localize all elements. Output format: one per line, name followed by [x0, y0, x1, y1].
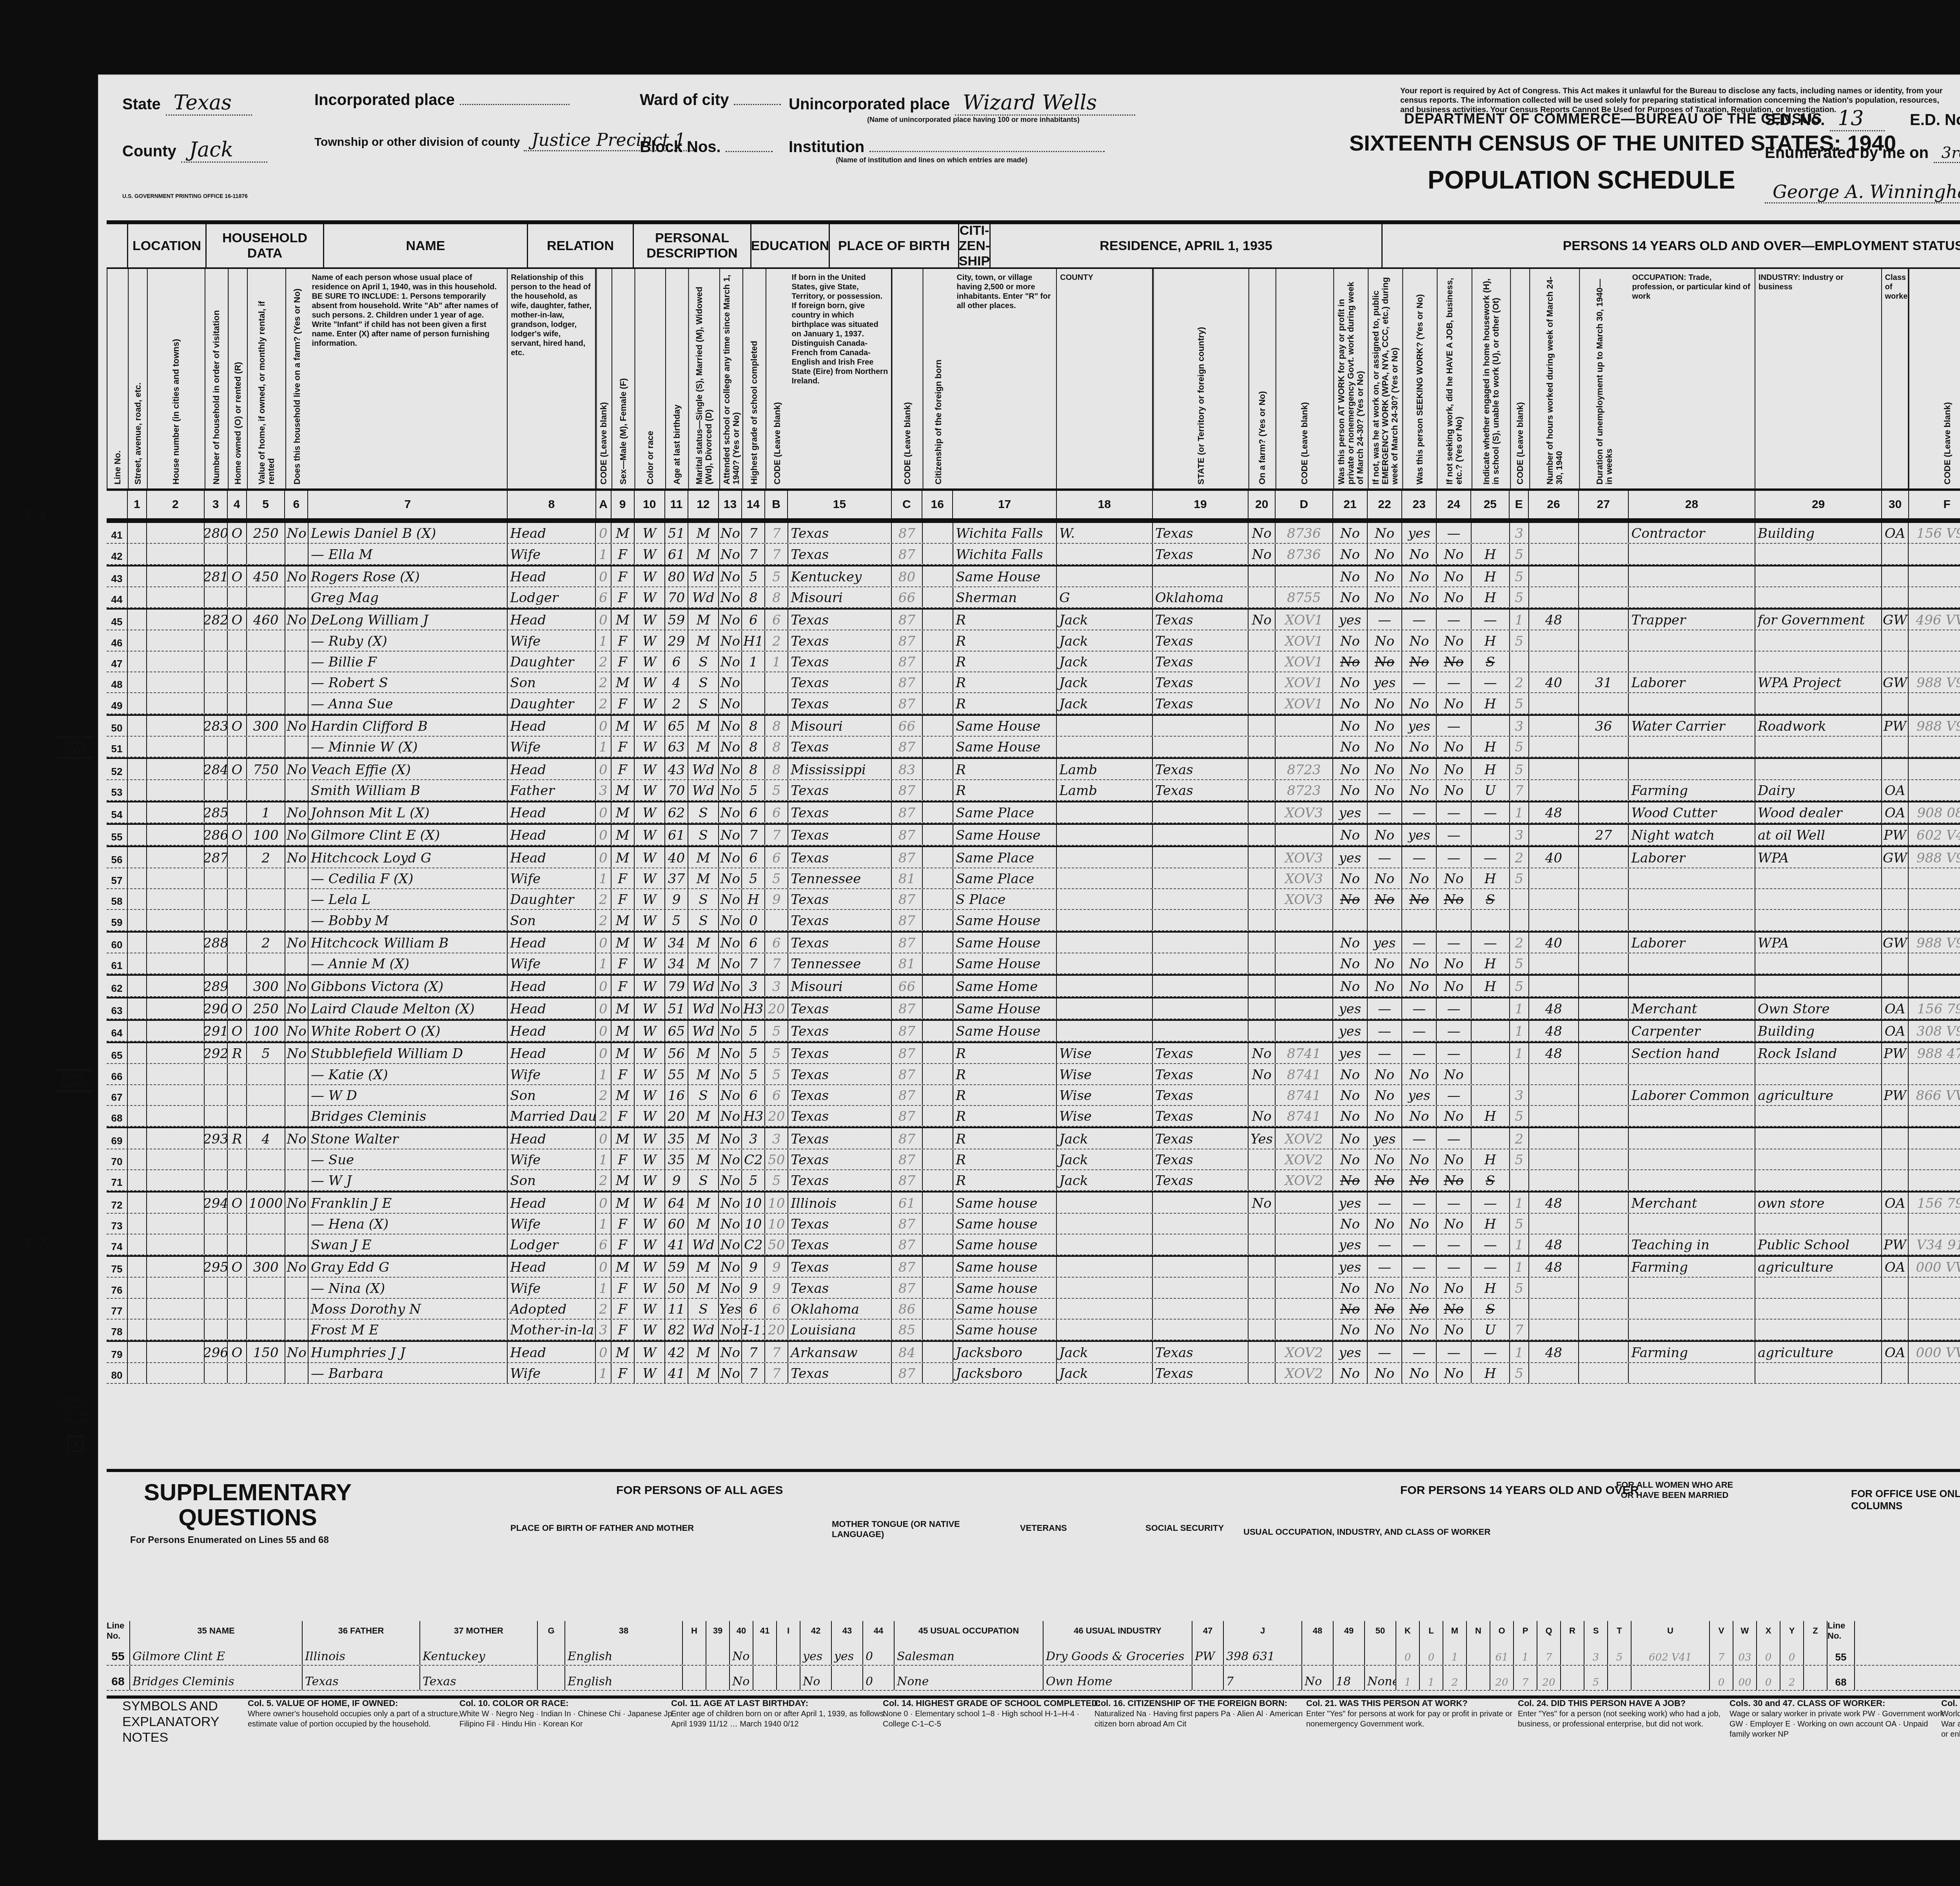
column-description: On a farm? (Yes or No): [1249, 269, 1276, 488]
cell-occ: [1629, 652, 1755, 672]
cell-bp: Texas: [788, 1128, 892, 1148]
cell-sex: M: [612, 1257, 635, 1277]
cell-f: [1909, 1064, 1960, 1084]
cell-state: [1153, 847, 1249, 867]
cell-sex: F: [612, 889, 635, 909]
cell-mar: M: [688, 1064, 719, 1084]
supplementary-column-number: V: [1710, 1621, 1733, 1641]
cell-c27: [1579, 1234, 1629, 1254]
cell-own: [228, 737, 247, 757]
cell-c: 87: [892, 889, 922, 909]
cell-county: Jack: [1057, 630, 1153, 650]
cell-street: [128, 1299, 147, 1319]
cell-onfarm: [1249, 825, 1276, 845]
cell-cls: OA: [1882, 1021, 1909, 1041]
cell-occ: Contractor: [1629, 523, 1755, 543]
cell-grade: H1: [742, 630, 765, 650]
cell-sex: M: [612, 910, 635, 930]
cell-d: XOV3: [1276, 868, 1333, 888]
supplementary-column-number: 48: [1302, 1621, 1334, 1641]
cell-e: [1510, 1170, 1529, 1190]
cell-c23: —: [1402, 933, 1437, 953]
line-number: 47: [107, 652, 128, 672]
cell-a: 0: [596, 716, 611, 736]
cell-f: [1909, 759, 1960, 779]
cell-name: Gibbons Victora (X): [309, 976, 508, 996]
cell-b: 10: [765, 1193, 788, 1213]
cell-c26: [1529, 1128, 1579, 1148]
table-row: 44Greg MagLodger6FW70WdNo88Misouri66Sher…: [107, 587, 1960, 608]
cell-b: 3: [765, 976, 788, 996]
cell-county: [1057, 1214, 1153, 1234]
cell-city: Same house: [953, 1320, 1057, 1340]
county-field: County Jack: [122, 138, 267, 163]
column-number: 15: [788, 491, 891, 518]
cell-c21: No: [1333, 672, 1368, 692]
column-group-header: LOCATIONHOUSEHOLD DATANAMERELATIONPERSON…: [107, 224, 1960, 269]
column-number: 26: [1529, 491, 1579, 518]
cell-state: [1153, 1278, 1249, 1298]
cell-a: 1: [596, 544, 611, 564]
line-number: 74: [107, 1234, 128, 1254]
cell-city: Sherman: [953, 587, 1057, 607]
cell-c: 87: [892, 523, 922, 543]
cell-occ: [1629, 953, 1755, 973]
cell-city: R: [953, 1043, 1057, 1063]
cell-c21: No: [1333, 652, 1368, 672]
cell-c23: No: [1402, 544, 1437, 564]
cell-bp: Texas: [788, 889, 892, 909]
cell-c22: yes: [1368, 1128, 1402, 1148]
cell-race: W: [635, 1043, 665, 1063]
cell-d: XOV2: [1276, 1128, 1333, 1148]
cell-c22: No: [1368, 1320, 1402, 1340]
cell-own: [228, 1064, 247, 1084]
cell-onfarm: Yes: [1249, 1128, 1276, 1148]
cell-race: W: [635, 1021, 665, 1041]
cell-c23: —: [1402, 847, 1437, 867]
cell-c25: H: [1472, 1149, 1510, 1169]
cell-house: [147, 1085, 205, 1105]
cell-county: Jack: [1057, 1363, 1153, 1383]
cell-grade: 7: [742, 825, 765, 845]
cell-c27: [1579, 1342, 1629, 1362]
cell-cit: [923, 868, 953, 888]
cell-race: W: [635, 1064, 665, 1084]
cell-rel: Wife: [508, 1278, 596, 1298]
cell-a: 1: [596, 1214, 611, 1234]
cell-c24: No: [1437, 953, 1471, 973]
column-number: F: [1909, 491, 1960, 518]
cell-a: 0: [596, 566, 611, 586]
cell-d: [1276, 566, 1333, 586]
cell-name: White Robert O (X): [309, 1021, 508, 1041]
cell-name: Bridges Cleminis: [309, 1106, 508, 1126]
cell-e: 1: [1510, 1193, 1529, 1213]
cell-c26: [1529, 825, 1579, 845]
cell-f: [1909, 1106, 1960, 1126]
cell-street: [128, 825, 147, 845]
column-number: D: [1276, 491, 1333, 518]
cell-state: [1153, 953, 1249, 973]
cell-farm: [285, 780, 309, 800]
supplementary-column-number: 42: [800, 1621, 832, 1641]
cell-c26: 48: [1529, 1234, 1579, 1254]
cell-b: 7: [765, 825, 788, 845]
cell-c22: —: [1368, 1342, 1402, 1362]
supplementary-column-number: Z: [1804, 1621, 1828, 1641]
cell-value: 1: [247, 802, 285, 822]
cell-state: Texas: [1153, 1128, 1249, 1148]
cell-hh: 293: [205, 1128, 228, 1148]
cell-sch: No: [719, 610, 742, 630]
cell-c: 87: [892, 1170, 922, 1190]
cell-county: [1057, 976, 1153, 996]
cell-farm: No: [285, 716, 309, 736]
table-row: 49— Anna SueDaughter2FW2SNoTexas87RJackT…: [107, 693, 1960, 714]
table-row: 74Swan J ELodger6FW41WdNoC250Texas87Same…: [107, 1234, 1960, 1255]
cell-c21: yes: [1333, 1021, 1368, 1041]
cell-b: 8: [765, 759, 788, 779]
township-field: Township or other division of county Jus…: [314, 130, 693, 151]
cell-d: [1276, 933, 1333, 953]
cell-farm: No: [285, 998, 309, 1018]
cell-c24: —: [1437, 1193, 1471, 1213]
cell-f: [1909, 1170, 1960, 1190]
cell-e: 2: [1510, 933, 1529, 953]
cell-farm: [285, 1320, 309, 1340]
column-description: Sex—Male (M), Female (F): [612, 269, 635, 488]
cell-grade: 10: [742, 1193, 765, 1213]
line-number: 75: [107, 1257, 128, 1277]
cell-name: Stone Walter: [309, 1128, 508, 1148]
cell-c: 87: [892, 1257, 922, 1277]
cell-mar: Wd: [688, 1234, 719, 1254]
cell-street: [128, 847, 147, 867]
cell-c24: No: [1437, 759, 1471, 779]
cell-bp: Misouri: [788, 976, 892, 996]
cell-c22: yes: [1368, 672, 1402, 692]
cell-c22: —: [1368, 1193, 1402, 1213]
cell-onfarm: [1249, 1214, 1276, 1234]
cell-street: [128, 953, 147, 973]
cell-ind: [1755, 566, 1882, 586]
table-row: 66— Katie (X)Wife1FW55MNo55Texas87RWiseT…: [107, 1064, 1960, 1085]
cell-a: 1: [596, 1064, 611, 1084]
supp-cell-c44: 0: [863, 1666, 895, 1690]
cell-d: 8741: [1276, 1085, 1333, 1105]
cell-own: O: [228, 610, 247, 630]
cell-house: [147, 1193, 205, 1213]
cell-state: Texas: [1153, 1043, 1249, 1063]
cell-c25: H: [1472, 868, 1510, 888]
cell-mar: Wd: [688, 1320, 719, 1340]
office-use-cell: [1561, 1641, 1584, 1665]
table-row: 79296O150NoHumphries J JHead0MW42MNo77Ar…: [107, 1340, 1960, 1363]
line-number: 61: [107, 953, 128, 973]
cell-a: 0: [596, 1043, 611, 1063]
cell-c21: No: [1333, 693, 1368, 713]
cell-c22: No: [1368, 780, 1402, 800]
cell-cit: [923, 1193, 953, 1213]
cell-d: XOV2: [1276, 1149, 1333, 1169]
printing-office-note: U.S. GOVERNMENT PRINTING OFFICE 16-11876: [122, 193, 248, 199]
cell-house: [147, 1342, 205, 1362]
cell-sch: No: [719, 716, 742, 736]
supplementary-column-number: 39: [706, 1621, 730, 1641]
cell-house: [147, 610, 205, 630]
column-group-header: LOCATION: [128, 224, 207, 267]
office-use-cell: 3: [1584, 1641, 1608, 1665]
supp-cell-c49: [1334, 1641, 1365, 1665]
footnote-text: Enter age of children born on or after A…: [671, 1709, 891, 1729]
cell-state: Texas: [1153, 544, 1249, 564]
cell-sch: No: [719, 802, 742, 822]
cell-county: [1057, 1278, 1153, 1298]
cell-value: [247, 587, 285, 607]
footnote: Col. 41. WAR OR MILITARY SERVICE:World W…: [1941, 1698, 1960, 1739]
cell-age: 4: [665, 672, 688, 692]
cell-house: [147, 1214, 205, 1234]
cell-c: 87: [892, 1149, 922, 1169]
table-row: 602882NoHitchcock William BHead0MW34MNo6…: [107, 931, 1960, 953]
cell-c27: 31: [1579, 672, 1629, 692]
cell-cls: PW: [1882, 1234, 1909, 1254]
cell-ind: Wood dealer: [1755, 802, 1882, 822]
footnote-text: World War W · Spanish-American War SP · …: [1941, 1709, 1960, 1739]
suppl-quest-marker-55: SUPPL. QUEST.: [56, 736, 93, 759]
cell-onfarm: [1249, 652, 1276, 672]
column-group-header: HOUSEHOLD DATA: [207, 224, 324, 267]
cell-c23: —: [1402, 802, 1437, 822]
cell-mar: Wd: [688, 976, 719, 996]
line-number: 68: [1828, 1666, 1855, 1690]
department-title: DEPARTMENT OF COMMERCE—BUREAU OF THE CEN…: [1404, 111, 1822, 127]
cell-occ: [1629, 1170, 1755, 1190]
cell-cit: [923, 737, 953, 757]
cell-rel: Head: [508, 1257, 596, 1277]
cell-race: W: [635, 652, 665, 672]
cell-a: 2: [596, 1085, 611, 1105]
cell-onfarm: [1249, 933, 1276, 953]
cell-bp: Tennessee: [788, 868, 892, 888]
cell-value: [247, 1149, 285, 1169]
column-group-header: RESIDENCE, APRIL 1, 1935: [991, 224, 1383, 267]
cell-sch: No: [719, 976, 742, 996]
cell-c25: U: [1472, 1320, 1510, 1340]
cell-own: R: [228, 1128, 247, 1148]
cell-city: Same House: [953, 998, 1057, 1018]
cell-onfarm: [1249, 889, 1276, 909]
cell-onfarm: [1249, 976, 1276, 996]
incorporated-place-field: Incorporated place: [314, 91, 570, 109]
office-use-cell: 0: [1757, 1641, 1780, 1665]
cell-bp: Texas: [788, 1043, 892, 1063]
cell-ind: [1755, 1128, 1882, 1148]
footnote: Col. 10. COLOR OR RACE:White W · Negro N…: [459, 1698, 679, 1729]
cell-c26: [1529, 1149, 1579, 1169]
cell-state: Texas: [1153, 1149, 1249, 1169]
cell-cls: [1882, 1320, 1909, 1340]
cell-c25: S: [1472, 652, 1510, 672]
cell-c22: —: [1368, 1257, 1402, 1277]
cell-city: Same House: [953, 825, 1057, 845]
cell-c25: H: [1472, 1363, 1510, 1383]
cell-c25: U: [1472, 780, 1510, 800]
column-group-header: PLACE OF BIRTH: [830, 224, 959, 267]
line-number: 60: [107, 933, 128, 953]
cell-cit: [923, 976, 953, 996]
cell-hh: [205, 780, 228, 800]
cell-sch: No: [719, 672, 742, 692]
cell-value: [247, 1234, 285, 1254]
cell-mar: S: [688, 802, 719, 822]
cell-street: [128, 910, 147, 930]
cell-mar: M: [688, 1149, 719, 1169]
column-description: Value of home, if owned, or monthly rent…: [247, 269, 285, 488]
cell-ind: [1755, 693, 1882, 713]
cell-b: 9: [765, 889, 788, 909]
cell-cls: GW: [1882, 610, 1909, 630]
cell-age: 79: [665, 976, 688, 996]
cell-c26: 48: [1529, 802, 1579, 822]
line-number: 78: [107, 1320, 128, 1340]
cell-c24: No: [1437, 1149, 1471, 1169]
cell-cit: [923, 1128, 953, 1148]
cell-farm: No: [285, 1128, 309, 1148]
supplementary-questions: SUPPLEMENTARY QUESTIONS For Persons Enum…: [107, 1469, 1960, 1699]
cell-city: R: [953, 1170, 1057, 1190]
institution-field: Institution (Name of institution and lin…: [789, 138, 1105, 164]
cell-c: 87: [892, 1106, 922, 1126]
cell-c21: No: [1333, 1106, 1368, 1126]
cell-house: [147, 1363, 205, 1383]
cell-rel: Lodger: [508, 587, 596, 607]
office-use-cell: 0: [1710, 1666, 1733, 1690]
cell-f: [1909, 910, 1960, 930]
cell-age: 6: [665, 652, 688, 672]
cell-street: [128, 737, 147, 757]
line-number: 71: [107, 1170, 128, 1190]
cell-name: Johnson Mit L (X): [309, 802, 508, 822]
cell-cit: [923, 587, 953, 607]
column-description: CODE (Leave blank): [1909, 269, 1960, 488]
cell-c: 87: [892, 847, 922, 867]
cell-c27: [1579, 802, 1629, 822]
cell-bp: Texas: [788, 672, 892, 692]
cell-f: 496 VV 2: [1909, 610, 1960, 630]
continued-checkbox[interactable]: ✕: [67, 1436, 84, 1452]
cell-c23: No: [1402, 1170, 1437, 1190]
cell-ind: at oil Well: [1755, 825, 1882, 845]
cell-e: 2: [1510, 1128, 1529, 1148]
column-number: E: [1510, 491, 1529, 518]
supplementary-column-number: T: [1608, 1621, 1632, 1641]
cell-bp: Misouri: [788, 716, 892, 736]
office-use-cell: 00: [1733, 1666, 1757, 1690]
column-description: CODE (Leave blank): [892, 269, 923, 488]
cell-c22: —: [1368, 802, 1402, 822]
cell-race: W: [635, 998, 665, 1018]
cell-value: [247, 693, 285, 713]
cell-city: Same Place: [953, 802, 1057, 822]
table-row: 61— Annie M (X)Wife1FW34MNo77Tennessee81…: [107, 953, 1960, 974]
cell-rel: Wife: [508, 1064, 596, 1084]
cell-cls: [1882, 759, 1909, 779]
supplementary-column-number: W: [1733, 1621, 1757, 1641]
cell-name: — Bobby M: [309, 910, 508, 930]
supp-cell-tongue: English: [565, 1666, 683, 1690]
cell-rel: Head: [508, 1021, 596, 1041]
cell-c25: [1472, 1043, 1510, 1063]
line-number: 56: [107, 847, 128, 867]
cell-county: [1057, 1299, 1153, 1319]
cell-c: 87: [892, 1234, 922, 1254]
cell-c: 81: [892, 953, 922, 973]
cell-name: Gilmore Clint E (X): [309, 825, 508, 845]
cell-onfarm: [1249, 802, 1276, 822]
cell-age: 63: [665, 737, 688, 757]
cell-own: [228, 933, 247, 953]
cell-c25: H: [1472, 759, 1510, 779]
cell-c26: 48: [1529, 1257, 1579, 1277]
cell-onfarm: [1249, 1234, 1276, 1254]
supp-cell-mother: Texas: [420, 1666, 538, 1690]
cell-c21: No: [1333, 889, 1368, 909]
supplementary-rows: 55Gilmore Clint EIllinoisKentuckeyEnglis…: [107, 1641, 1960, 1691]
column-description: Number of hours worked during week of Ma…: [1529, 269, 1579, 488]
cell-sex: F: [612, 630, 635, 650]
cell-name: Stubblefield William D: [309, 1043, 508, 1063]
cell-house: [147, 672, 205, 692]
cell-city: S Place: [953, 889, 1057, 909]
cell-own: O: [228, 716, 247, 736]
cell-city: R: [953, 1149, 1057, 1169]
cell-c22: —: [1368, 1021, 1402, 1041]
cell-occ: [1629, 1149, 1755, 1169]
supplementary-row: 55Gilmore Clint EIllinoisKentuckeyEnglis…: [107, 1641, 1960, 1666]
footnote-title: Col. 41. WAR OR MILITARY SERVICE:: [1941, 1698, 1960, 1708]
cell-ind: WPA: [1755, 933, 1882, 953]
cell-grade: [742, 693, 765, 713]
cell-sex: F: [612, 693, 635, 713]
cell-c27: [1579, 1170, 1629, 1190]
cell-farm: [285, 587, 309, 607]
cell-race: W: [635, 953, 665, 973]
cell-grade: 6: [742, 1299, 765, 1319]
column-number: 8: [508, 491, 596, 518]
cell-c23: —: [1402, 1193, 1437, 1213]
cell-state: Texas: [1153, 672, 1249, 692]
cell-own: O: [228, 1021, 247, 1041]
cell-city: R: [953, 1085, 1057, 1105]
cell-own: [228, 953, 247, 973]
cell-race: W: [635, 523, 665, 543]
cell-c27: [1579, 1085, 1629, 1105]
cell-race: W: [635, 566, 665, 586]
cell-c22: —: [1368, 610, 1402, 630]
cell-c21: yes: [1333, 1342, 1368, 1362]
cell-city: R: [953, 693, 1057, 713]
cell-name: Laird Claude Melton (X): [309, 998, 508, 1018]
cell-occ: Laborer: [1629, 933, 1755, 953]
cell-value: [247, 737, 285, 757]
cell-e: 5: [1510, 1363, 1529, 1383]
cell-c21: No: [1333, 933, 1368, 953]
table-row: 73— Hena (X)Wife1FW60MNo1010Texas87Same …: [107, 1214, 1960, 1234]
cell-farm: [285, 1299, 309, 1319]
cell-d: XOV1: [1276, 693, 1333, 713]
